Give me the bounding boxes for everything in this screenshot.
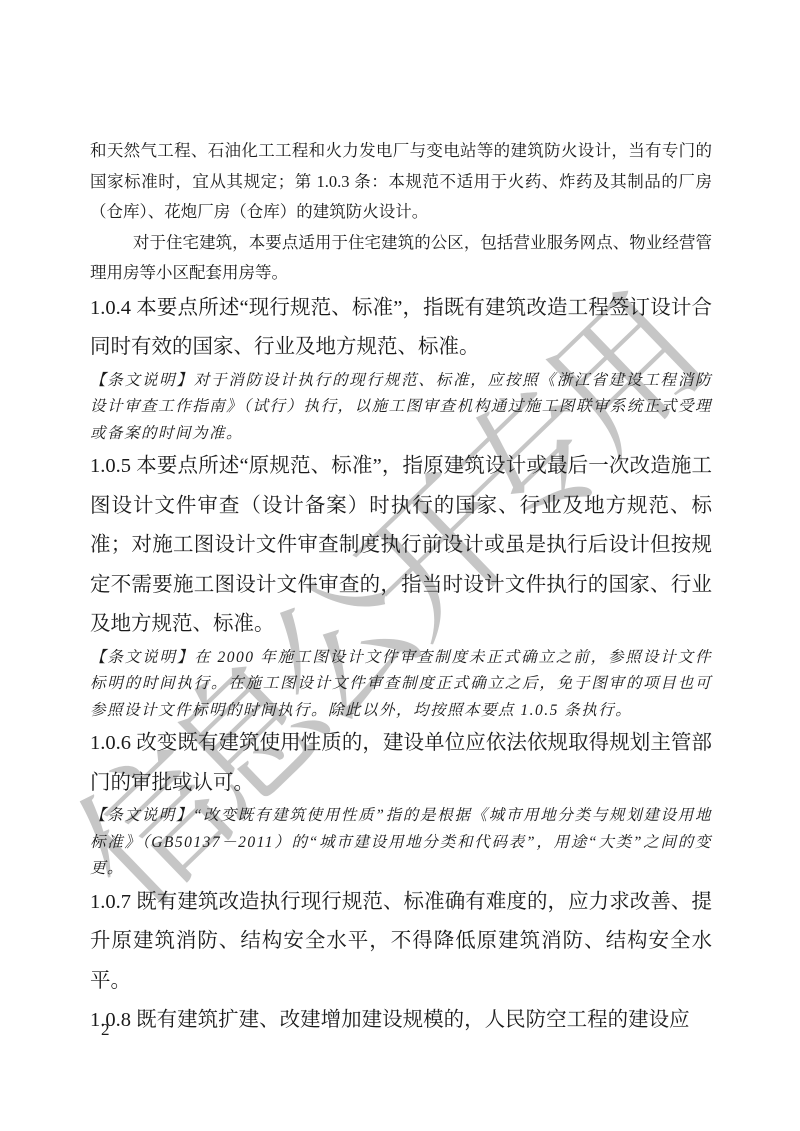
paragraph-residential-scope: 对于住宅建筑，本要点适用于住宅建筑的公区，包括营业服务网点、物业经营管理用房等小…: [90, 228, 712, 289]
clause-1-0-4: 1.0.4 本要点所述“现行规范、标准”，指既有建筑改造工程签订设计合同时有效的…: [90, 289, 712, 368]
clause-1-0-7: 1.0.7 既有建筑改造执行现行规范、标准确有难度的，应力求改善、提升原建筑消防…: [90, 883, 712, 1002]
clause-1-0-8: 1.0.8 既有建筑扩建、改建增加建设规模的，人民防空工程的建设应: [90, 1001, 712, 1041]
paragraph-continuation-clause-1-0-3: 和天然气工程、石油化工工程和火力发电厂与变电站等的建筑防火设计，当有专门的国家标…: [90, 136, 712, 228]
page-content: 和天然气工程、石油化工工程和火力发电厂与变电站等的建筑防火设计，当有专门的国家标…: [90, 0, 712, 1041]
clause-1-0-5: 1.0.5 本要点所述“原规范、标准”，指原建筑设计或最后一次改造施工图设计文件…: [90, 447, 712, 645]
clause-1-0-6: 1.0.6 改变既有建筑使用性质的，建设单位应依法依规取得规划主管部门的审批或认…: [90, 724, 712, 803]
note-clause-1-0-6: 【条文说明】“改变既有建筑使用性质”指的是根据《城市用地分类与规划建设用地标准》…: [90, 803, 712, 883]
note-clause-1-0-5: 【条文说明】在 2000 年施工图设计文件审查制度未正式确立之前，参照设计文件标…: [90, 645, 712, 725]
page-number: 2: [101, 1020, 110, 1040]
document-page: 信息公开专用 和天然气工程、石油化工工程和火力发电厂与变电站等的建筑防火设计，当…: [0, 0, 800, 1131]
note-clause-1-0-4: 【条文说明】对于消防设计执行的现行规范、标准，应按照《浙江省建设工程消防设计审查…: [90, 368, 712, 448]
